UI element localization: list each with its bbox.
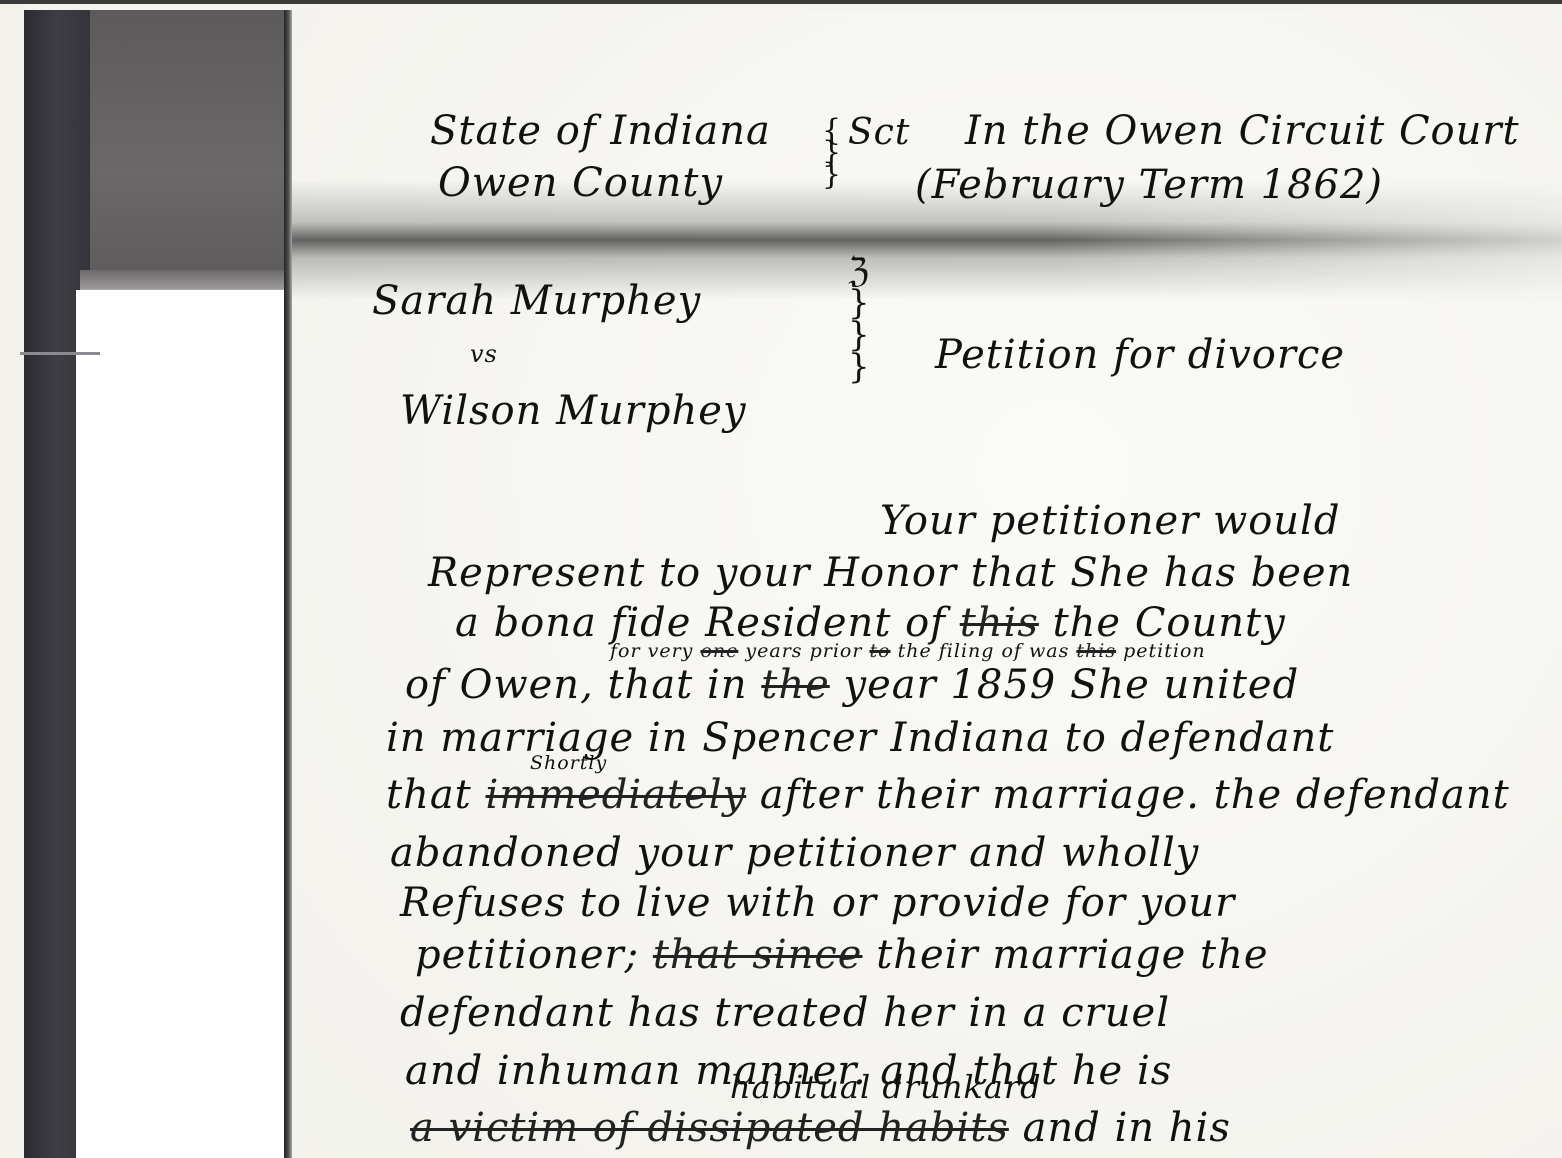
body-line-5: in marriage in Spencer Indiana to defend… bbox=[386, 715, 1334, 761]
body-line-2: Represent to your Honor that She has bee… bbox=[428, 550, 1353, 596]
caption-court: In the Owen Circuit Court bbox=[965, 108, 1520, 154]
defendant-name: Wilson Murphey bbox=[400, 388, 747, 434]
scan-margin bbox=[0, 4, 24, 1158]
body-line-9: petitioner; that since their marriage th… bbox=[415, 932, 1269, 978]
body-line-7: abandoned your petitioner and wholly bbox=[390, 830, 1199, 876]
versus: vs bbox=[470, 340, 498, 368]
caption-term: (February Term 1862) bbox=[915, 162, 1383, 208]
body-line-10: defendant has treated her in a cruel bbox=[400, 990, 1170, 1036]
photocopy-white-strip bbox=[76, 290, 286, 1158]
body-line-1: Your petitioner would bbox=[880, 498, 1340, 544]
interlinear-shortly: Shortly bbox=[530, 752, 607, 774]
caption-sct: Sct bbox=[848, 112, 910, 153]
body-line-4: of Owen, that in the year 1859 She unite… bbox=[405, 662, 1299, 708]
body-line-6: that immediately after their marriage. t… bbox=[386, 772, 1510, 818]
paper-left-edge bbox=[284, 10, 292, 1158]
caption-state: State of Indiana bbox=[430, 108, 771, 154]
petition-title: Petition for divorce bbox=[935, 332, 1345, 378]
parties-brace: ℨ}}} bbox=[848, 255, 870, 383]
scan-top-border bbox=[0, 0, 1562, 4]
interlinear-habitual: habitual drunkard bbox=[730, 1068, 1042, 1106]
body-line-8: Refuses to live with or provide for your bbox=[400, 880, 1235, 926]
body-line-12: a victim of dissipated habits and in his bbox=[410, 1105, 1231, 1151]
interlinear-insertion: for very one years prior to the filing o… bbox=[610, 640, 1206, 662]
caption-brace: {}} bbox=[822, 120, 841, 186]
fold-crease bbox=[20, 352, 100, 355]
photocopy-gray-strip bbox=[90, 10, 290, 280]
plaintiff-name: Sarah Murphey bbox=[372, 278, 701, 324]
caption-county: Owen County bbox=[438, 160, 723, 206]
